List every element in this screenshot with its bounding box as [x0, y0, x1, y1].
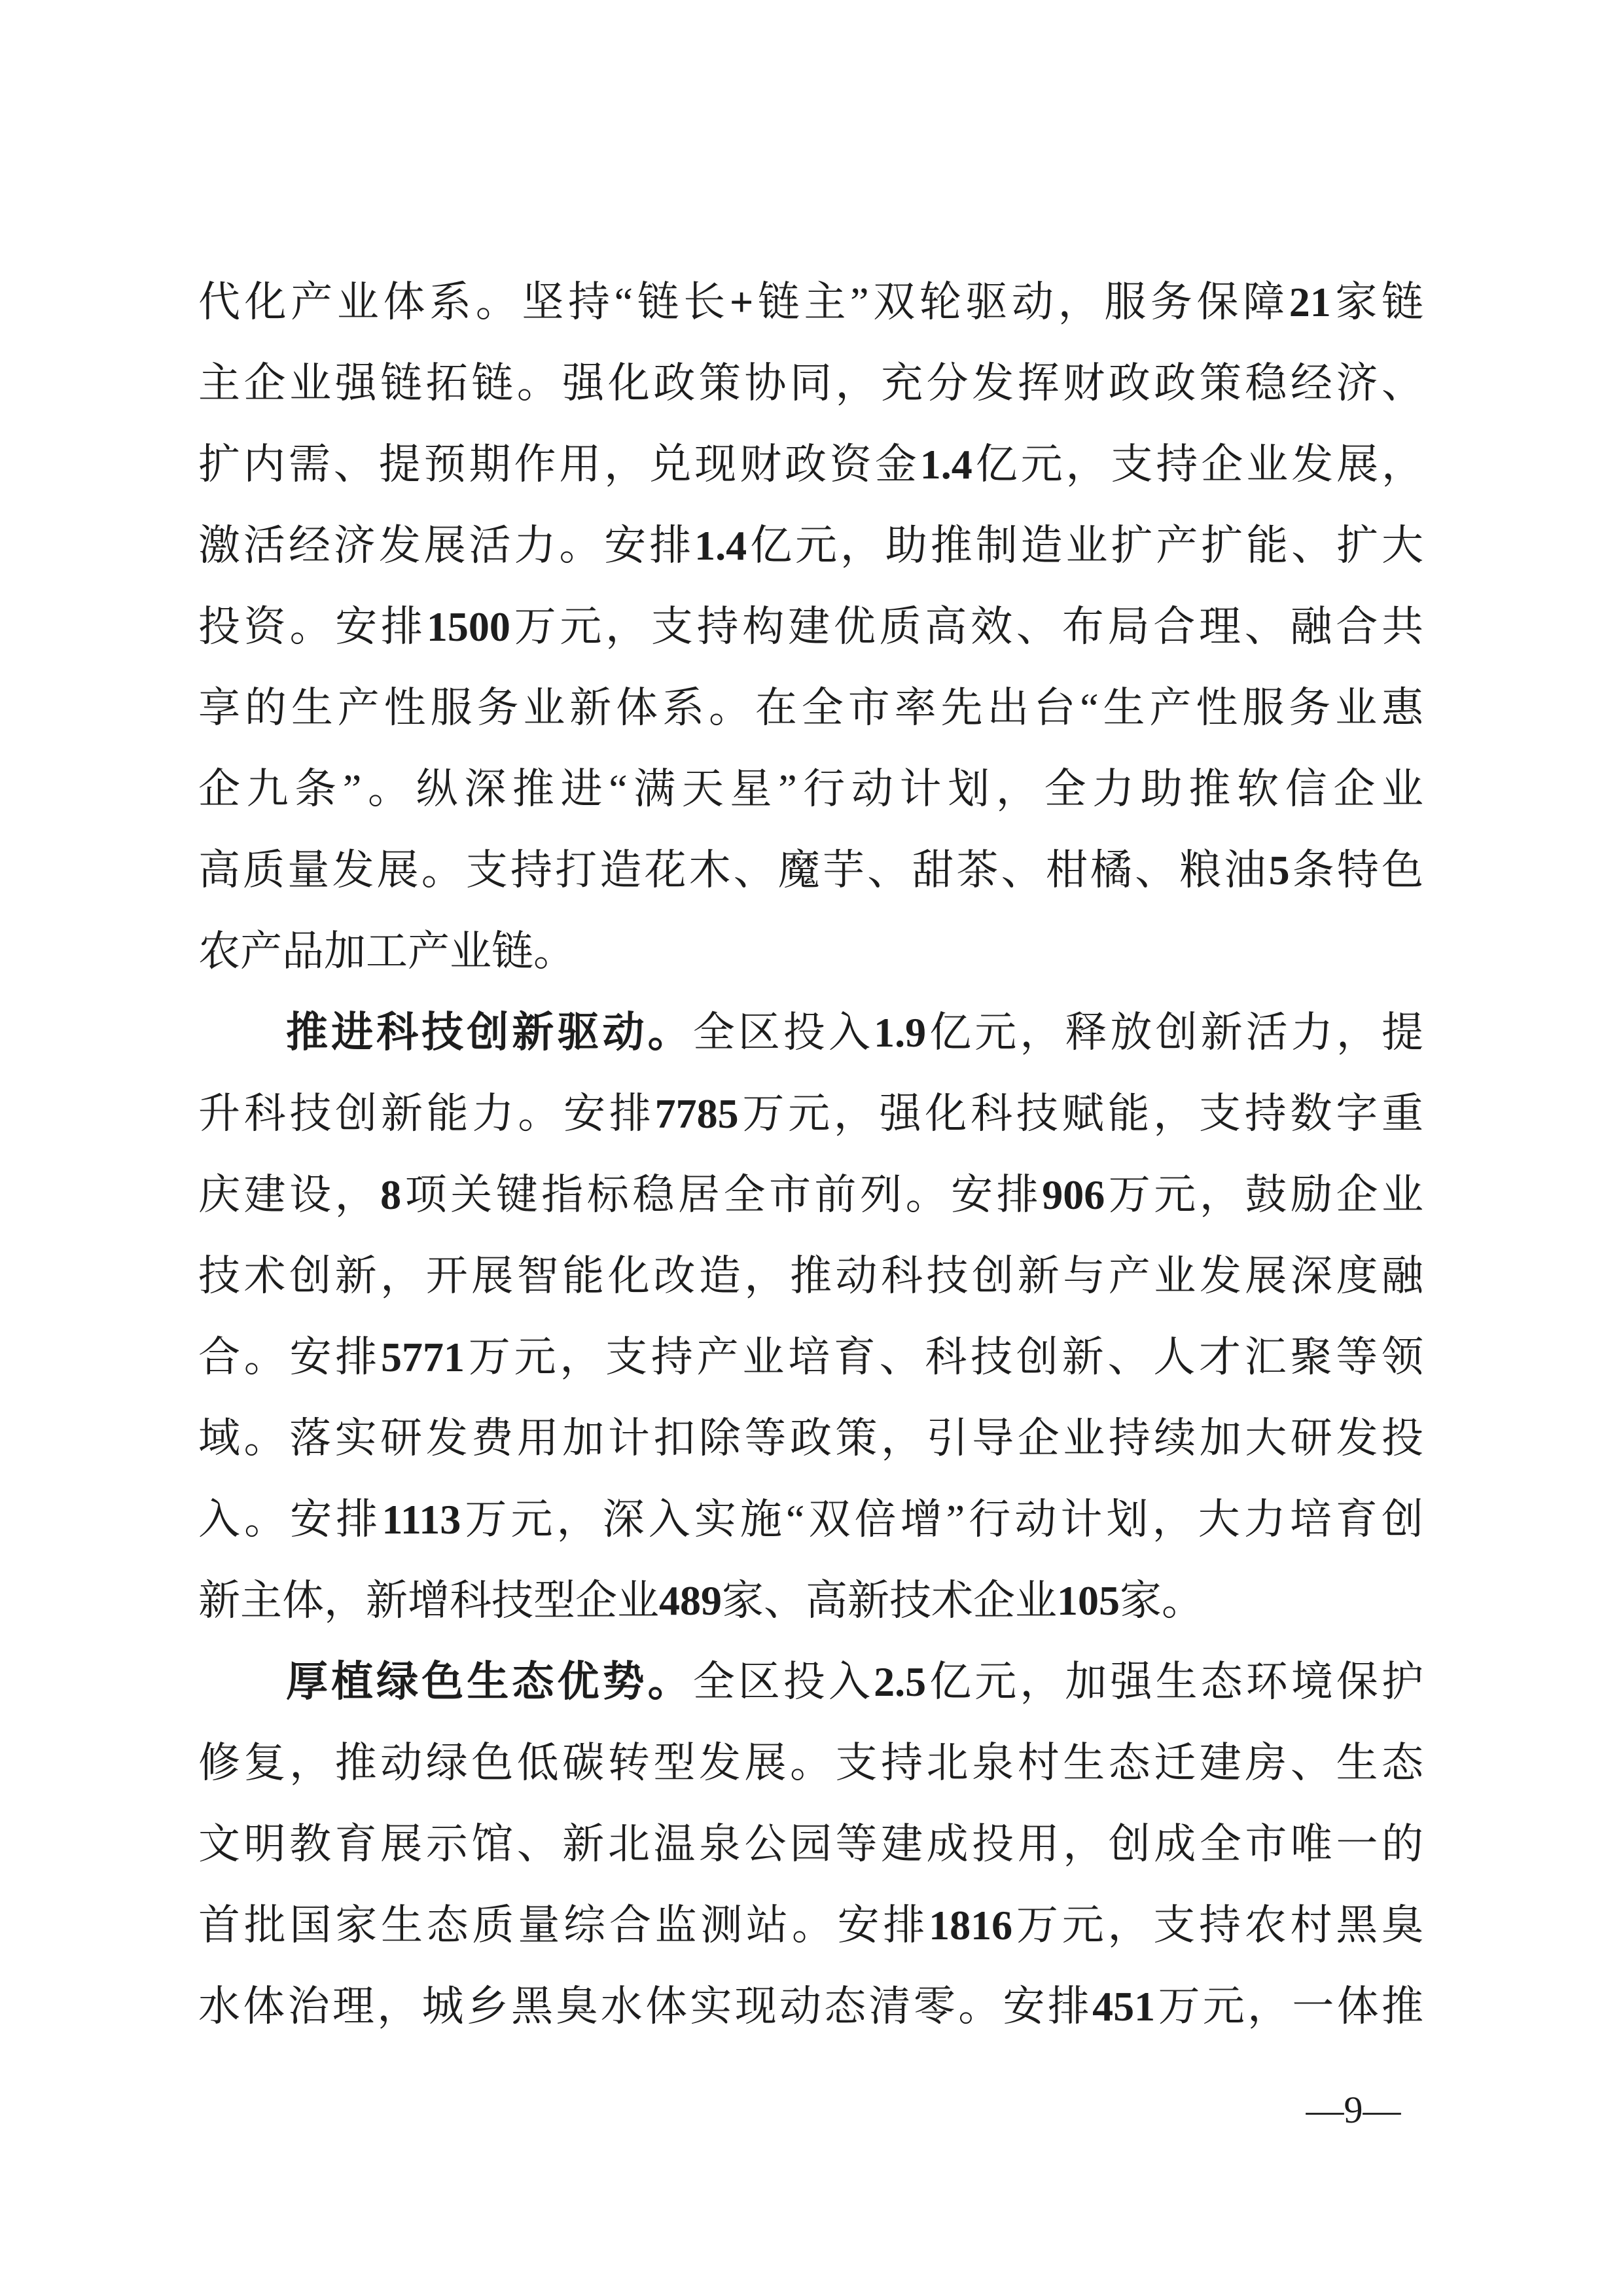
- document-body: 代化产业体系。坚持“链长+链主”双轮驱动，服务保障21家链主企业强链拓链。强化政…: [198, 262, 1423, 2047]
- text-line: 扩内需、提预期作用，兑现财政资金1.4亿元，支持企业发展，: [198, 424, 1423, 505]
- numeral: 8: [380, 1172, 401, 1218]
- text-line: 庆建设，8项关键指标稳居全市前列。安排906万元，鼓励企业: [198, 1155, 1423, 1236]
- numeral: 2.5: [874, 1659, 926, 1705]
- numeral: 451: [1092, 1983, 1155, 2030]
- numeral: +: [730, 279, 753, 325]
- document-page: 代化产业体系。坚持“链长+链主”双轮驱动，服务保障21家链主企业强链拓链。强化政…: [0, 0, 1623, 2296]
- numeral: 906: [1042, 1172, 1105, 1218]
- text-line: 入。安排1113万元，深入实施“双倍增”行动计划，大力培育创: [198, 1479, 1423, 1560]
- numeral: 1816: [929, 1902, 1012, 1948]
- numeral: 5771: [381, 1334, 465, 1380]
- text-line: 农产品加工产业链。: [198, 911, 1423, 992]
- text-line: 首批国家生态质量综合监测站。安排1816万元，支持农村黑臭: [198, 1885, 1423, 1966]
- text-line: 代化产业体系。坚持“链长+链主”双轮驱动，服务保障21家链: [198, 262, 1423, 343]
- page-number: —9—: [1255, 2089, 1452, 2131]
- text-line: 合。安排5771万元，支持产业培育、科技创新、人才汇聚等领: [198, 1317, 1423, 1398]
- numeral: 1.9: [874, 1009, 926, 1056]
- numeral: 21: [1289, 279, 1331, 325]
- numeral: 105: [1057, 1577, 1120, 1624]
- text-line: 激活经济发展活力。安排1.4亿元，助推制造业扩产扩能、扩大: [198, 505, 1423, 586]
- numeral: 1.4: [694, 522, 747, 569]
- text-line: 技术创新，开展智能化改造，推动科技创新与产业发展深度融: [198, 1236, 1423, 1317]
- paragraph-lead: 推进科技创新驱动。: [286, 1009, 693, 1056]
- text-line: 升科技创新能力。安排7785万元，强化科技赋能，支持数字重: [198, 1073, 1423, 1155]
- numeral: 5: [1269, 847, 1290, 893]
- text-line: 推进科技创新驱动。全区投入1.9亿元，释放创新活力，提: [198, 992, 1423, 1073]
- text-line: 水体治理，城乡黑臭水体实现动态清零。安排451万元，一体推: [198, 1966, 1423, 2047]
- text-line: 文明教育展示馆、新北温泉公园等建成投用，创成全市唯一的: [198, 1804, 1423, 1885]
- text-line: 投资。安排1500万元，支持构建优质高效、布局合理、融合共: [198, 586, 1423, 668]
- text-line: 主企业强链拓链。强化政策协同，充分发挥财政政策稳经济、: [198, 343, 1423, 424]
- numeral: 489: [659, 1577, 722, 1624]
- text-line: 域。落实研发费用加计扣除等政策，引导企业持续加大研发投: [198, 1398, 1423, 1479]
- text-line: 修复，推动绿色低碳转型发展。支持北泉村生态迁建房、生态: [198, 1723, 1423, 1804]
- text-line: 新主体，新增科技型企业489家、高新技术企业105家。: [198, 1560, 1423, 1641]
- numeral: 7785: [655, 1090, 739, 1137]
- text-line: 享的生产性服务业新体系。在全市率先出台“生产性服务业惠: [198, 668, 1423, 749]
- numeral: 1.4: [920, 441, 972, 488]
- text-line: 厚植绿色生态优势。全区投入2.5亿元，加强生态环境保护: [198, 1641, 1423, 1723]
- text-line: 高质量发展。支持打造花木、魔芋、甜茶、柑橘、粮油5条特色: [198, 830, 1423, 911]
- numeral: 1113: [382, 1496, 461, 1543]
- text-line: 企九条”。纵深推进“满天星”行动计划，全力助推软信企业: [198, 749, 1423, 830]
- numeral: 1500: [427, 603, 510, 650]
- paragraph-lead: 厚植绿色生态优势。: [286, 1659, 693, 1705]
